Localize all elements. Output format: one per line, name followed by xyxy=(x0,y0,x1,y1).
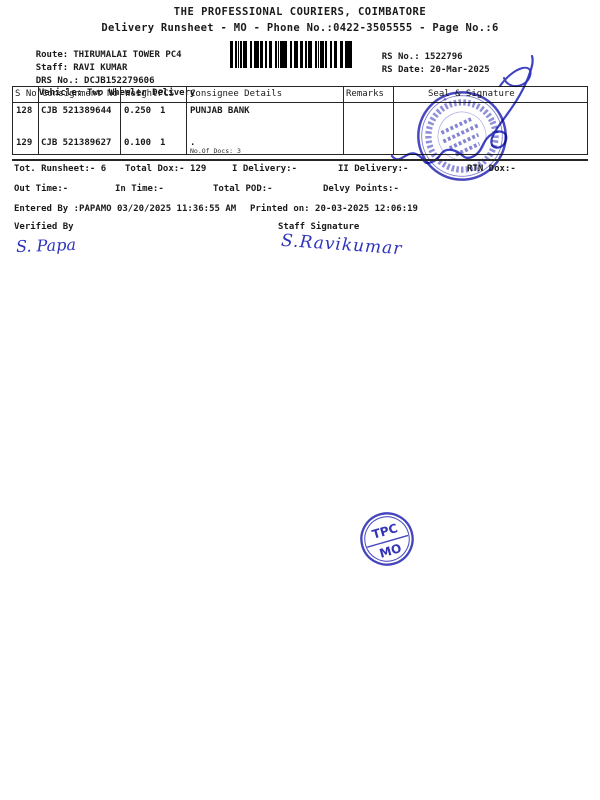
row1-consignee: PUNJAB BANK xyxy=(190,106,250,116)
company-title: THE PROFESSIONAL COURIERS, COIMBATORE xyxy=(0,6,600,18)
row2-sno: 129 xyxy=(16,138,32,148)
row1-sno: 128 xyxy=(16,106,32,116)
printed-on: Printed on: 20-03-2025 12:06:19 xyxy=(250,204,418,214)
col-header-consignee: Consignee Details xyxy=(190,89,282,99)
i-delivery: I Delivery:- xyxy=(232,164,297,174)
verified-by-signature: S. Papa xyxy=(16,235,77,256)
row2-docs-note: No.Of Docs: 3 xyxy=(190,147,241,155)
tpc-mo-stamp: TPC MO xyxy=(358,510,416,568)
total-runsheet: Tot. Runsheet:- 6 xyxy=(14,164,106,174)
total-pod: Total POD:- xyxy=(213,184,273,194)
table-divider-consignment xyxy=(120,86,121,155)
table-divider-weight xyxy=(186,86,187,155)
row2-weight: 0.100 xyxy=(124,138,151,148)
out-time: Out Time:- xyxy=(14,184,68,194)
col-header-pcs: PCS xyxy=(158,89,174,99)
row2-consignment: CJB 521389627 xyxy=(41,138,111,148)
col-header-sno: S No xyxy=(15,89,37,99)
row2-pcs: 1 xyxy=(160,138,165,148)
tpc-mo-stamp-graphic: TPC MO xyxy=(351,503,423,575)
total-dox: Total Dox:- 129 xyxy=(125,164,206,174)
delvy-points: Delvy Points:- xyxy=(323,184,399,194)
col-header-remarks: Remarks xyxy=(346,89,384,99)
runsheet-barcode xyxy=(230,41,352,68)
row1-consignment: CJB 521389644 xyxy=(41,106,111,116)
table-border-left xyxy=(12,86,13,155)
delivery-signature-stroke xyxy=(388,48,548,173)
col-header-weight: Weight xyxy=(125,89,158,99)
runsheet-subtitle: Delivery Runsheet - MO - Phone No.:0422-… xyxy=(0,22,600,34)
entered-by: Entered By :PAPAMO 03/20/2025 11:36:55 A… xyxy=(14,204,236,214)
row1-pcs: 1 xyxy=(160,106,165,116)
table-divider-sno xyxy=(38,86,39,155)
ii-delivery: II Delivery:- xyxy=(338,164,408,174)
totals-separator-rule xyxy=(12,159,588,161)
verified-by-label: Verified By xyxy=(14,222,74,232)
delivery-runsheet-document: THE PROFESSIONAL COURIERS, COIMBATORE De… xyxy=(0,0,600,800)
table-border-right xyxy=(587,86,588,155)
in-time: In Time:- xyxy=(115,184,164,194)
row1-weight: 0.250 xyxy=(124,106,151,116)
rtn-dox: RTN Dox:- xyxy=(467,164,516,174)
table-divider-consignee xyxy=(343,86,344,155)
col-header-consignment: Consignment No xyxy=(42,89,118,99)
staff-handwritten-signature: S.Ravikumar xyxy=(280,231,403,259)
